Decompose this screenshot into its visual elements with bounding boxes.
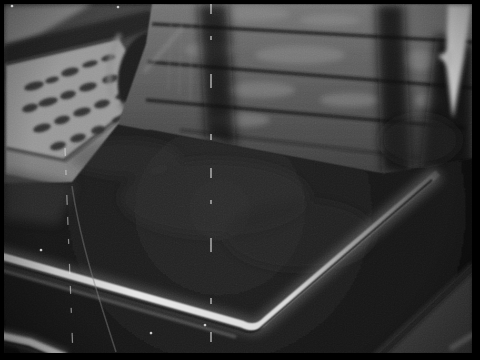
video-frame[interactable] [0,0,480,360]
border-top [0,0,480,4]
border-bottom [0,353,480,360]
border-right [472,0,480,360]
film-still [0,0,480,360]
film-grain [0,0,480,360]
border-left [0,0,4,360]
